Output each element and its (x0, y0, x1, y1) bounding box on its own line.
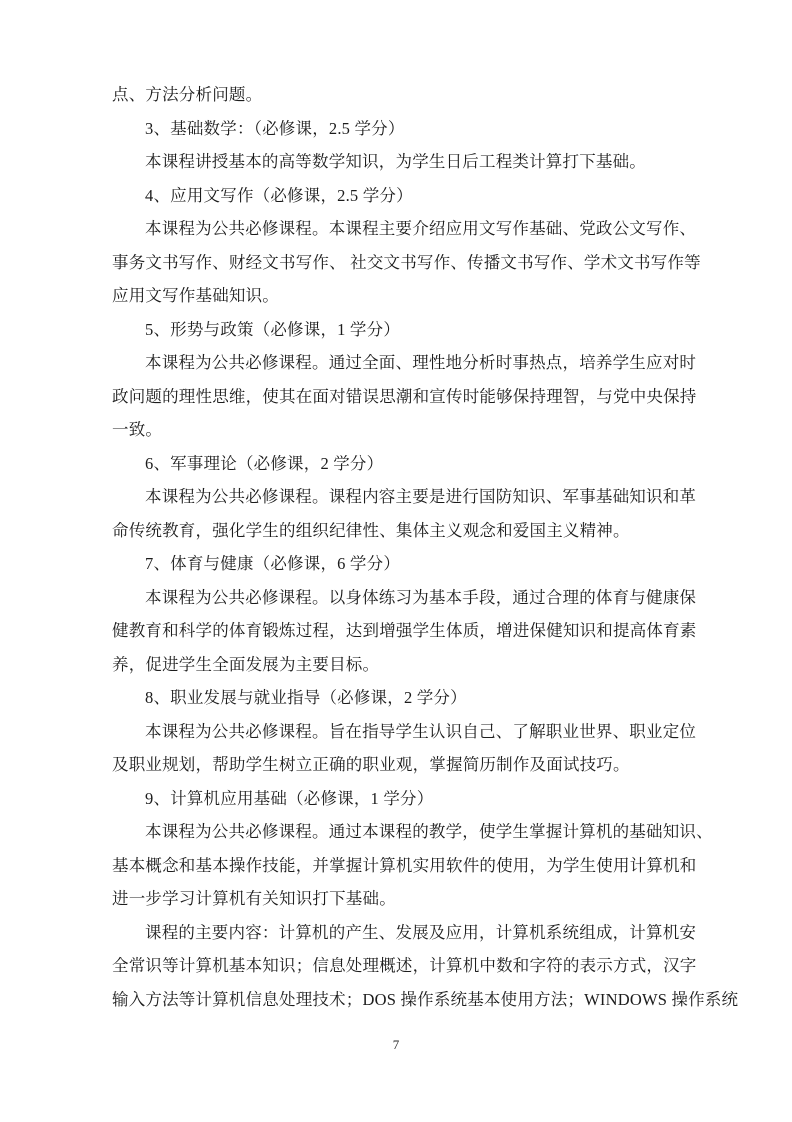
text-line: 应用文写作基础知识。 (112, 279, 682, 313)
text-line: 进一步学习计算机有关知识打下基础。 (112, 882, 682, 916)
text-line: 9、计算机应用基础（必修课，1 学分） (112, 782, 682, 816)
text-line: 3、基础数学：（必修课，2.5 学分） (112, 112, 682, 146)
document-page: 点、方法分析问题。3、基础数学：（必修课，2.5 学分）本课程讲授基本的高等数学… (0, 0, 792, 1122)
text-line: 6、军事理论（必修课，2 学分） (112, 447, 682, 481)
page-number: 7 (393, 1037, 400, 1052)
text-line: 本课程为公共必修课程。本课程主要介绍应用文写作基础、党政公文写作、 (112, 212, 682, 246)
text-line: 本课程为公共必修课程。通过全面、理性地分析时事热点，培养学生应对时 (112, 346, 682, 380)
text-line: 政问题的理性思维，使其在面对错误思潮和宣传时能够保持理智，与党中央保持 (112, 380, 682, 414)
text-line: 及职业规划，帮助学生树立正确的职业观，掌握简历制作及面试技巧。 (112, 748, 682, 782)
text-line: 4、应用文写作（必修课，2.5 学分） (112, 179, 682, 213)
text-line: 命传统教育，强化学生的组织纪律性、集体主义观念和爱国主义精神。 (112, 514, 682, 548)
text-line: 课程的主要内容：计算机的产生、发展及应用，计算机系统组成，计算机安 (112, 916, 682, 950)
text-line: 健教育和科学的体育锻炼过程，达到增强学生体质，增进保健知识和提高体育素 (112, 614, 682, 648)
text-line: 全常识等计算机基本知识；信息处理概述，计算机中数和字符的表示方式，汉字 (112, 949, 682, 983)
text-line: 7、体育与健康（必修课，6 学分） (112, 547, 682, 581)
text-line: 基本概念和基本操作技能，并掌握计算机实用软件的使用，为学生使用计算机和 (112, 849, 682, 883)
text-line: 5、形势与政策（必修课，1 学分） (112, 313, 682, 347)
text-line: 输入方法等计算机信息处理技术；DOS 操作系统基本使用方法；WINDOWS 操作… (112, 983, 682, 1017)
text-line: 本课程为公共必修课程。以身体练习为基本手段，通过合理的体育与健康保 (112, 581, 682, 615)
text-line: 本课程为公共必修课程。旨在指导学生认识自己、了解职业世界、职业定位 (112, 715, 682, 749)
text-line: 养，促进学生全面发展为主要目标。 (112, 648, 682, 682)
text-line: 本课程讲授基本的高等数学知识，为学生日后工程类计算打下基础。 (112, 145, 682, 179)
document-body: 点、方法分析问题。3、基础数学：（必修课，2.5 学分）本课程讲授基本的高等数学… (112, 78, 682, 1016)
text-line: 本课程为公共必修课程。课程内容主要是进行国防知识、军事基础知识和革 (112, 480, 682, 514)
text-line: 8、职业发展与就业指导（必修课，2 学分） (112, 681, 682, 715)
page-footer: 7 (0, 1036, 792, 1054)
text-line: 本课程为公共必修课程。通过本课程的教学，使学生掌握计算机的基础知识、 (112, 815, 682, 849)
text-line: 一致。 (112, 413, 682, 447)
text-line: 点、方法分析问题。 (112, 78, 682, 112)
text-line: 事务文书写作、财经文书写作、 社交文书写作、传播文书写作、学术文书写作等 (112, 246, 682, 280)
